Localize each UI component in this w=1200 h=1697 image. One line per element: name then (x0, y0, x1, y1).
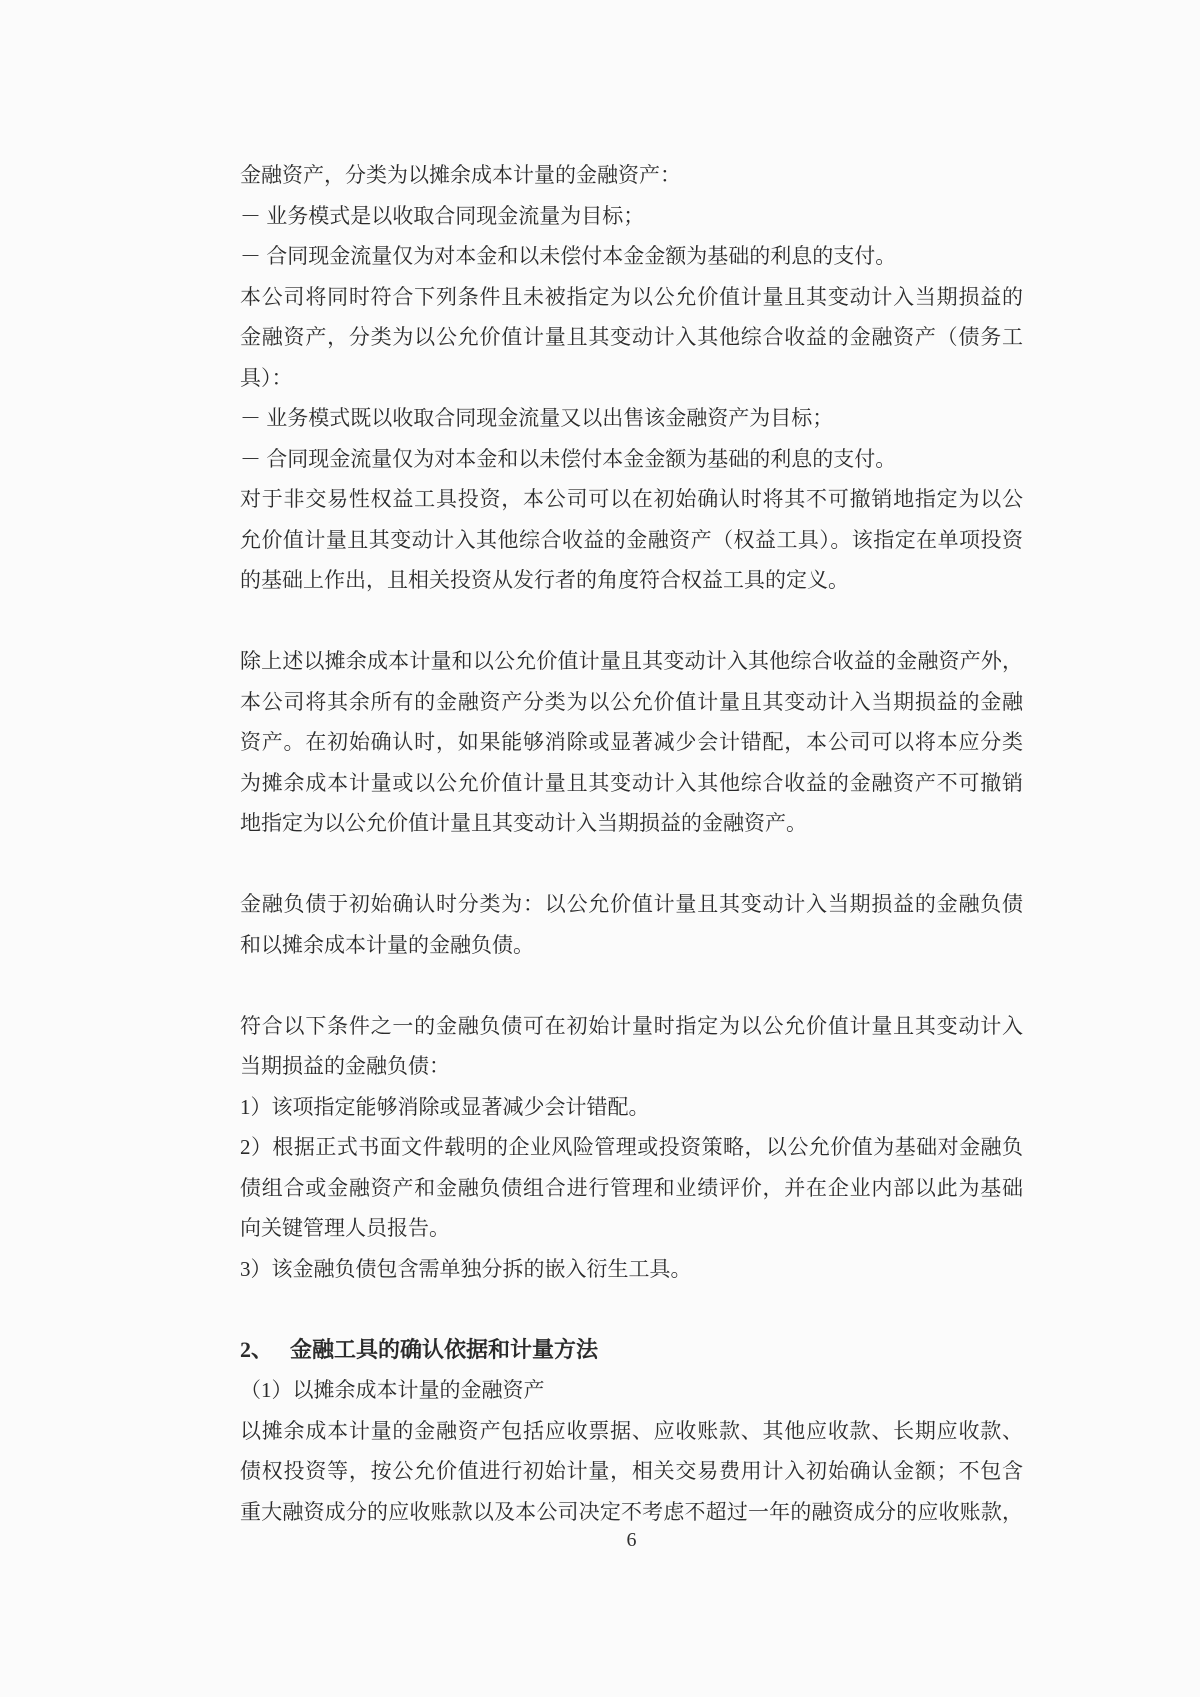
text-line: 向关键管理人员报告。 (240, 1208, 1023, 1249)
text-line: 具）： (240, 358, 1023, 399)
text-line: 金融负债于初始确认时分类为：以公允价值计量且其变动计入当期损益的金融负债 (240, 884, 1023, 925)
section-title: 金融工具的确认依据和计量方法 (290, 1337, 598, 1362)
text-line: 金融资产，分类为以摊余成本计量的金融资产： (240, 155, 1023, 196)
text-line: 债权投资等，按公允价值进行初始计量，相关交易费用计入初始确认金额；不包含 (240, 1451, 1023, 1492)
text-line: 本公司将同时符合下列条件且未被指定为以公允价值计量且其变动计入当期损益的 (240, 277, 1023, 318)
text-line: 以摊余成本计量的金融资产包括应收票据、应收账款、其他应收款、长期应收款、 (240, 1411, 1023, 1452)
text-line: 地指定为以公允价值计量且其变动计入当期损益的金融资产。 (240, 803, 1023, 844)
blank-line (240, 844, 1023, 885)
text-line: 1）该项指定能够消除或显著减少会计错配。 (240, 1087, 1023, 1128)
text-line: 资产。在初始确认时，如果能够消除或显著减少会计错配，本公司可以将本应分类 (240, 722, 1023, 763)
text-line: 对于非交易性权益工具投资，本公司可以在初始确认时将其不可撤销地指定为以公 (240, 479, 1023, 520)
text-line: 为摊余成本计量或以公允价值计量且其变动计入其他综合收益的金融资产不可撤销 (240, 763, 1023, 804)
text-line: 债组合或金融资产和金融负债组合进行管理和业绩评价，并在企业内部以此为基础 (240, 1168, 1023, 1209)
blank-line (240, 601, 1023, 642)
page-number: 6 (240, 1526, 1023, 1554)
text-line: 允价值计量且其变动计入其他综合收益的金融资产（权益工具）。该指定在单项投资 (240, 520, 1023, 561)
text-line: （1）以摊余成本计量的金融资产 (240, 1370, 1023, 1411)
document-page: 金融资产，分类为以摊余成本计量的金融资产：－ 业务模式是以收取合同现金流量为目标… (0, 0, 1200, 1697)
text-line: 符合以下条件之一的金融负债可在初始计量时指定为以公允价值计量且其变动计入 (240, 1006, 1023, 1047)
text-line: 2）根据正式书面文件载明的企业风险管理或投资策略，以公允价值为基础对金融负 (240, 1127, 1023, 1168)
text-line: 3）该金融负债包含需单独分拆的嵌入衍生工具。 (240, 1249, 1023, 1290)
document-lines: 金融资产，分类为以摊余成本计量的金融资产：－ 业务模式是以收取合同现金流量为目标… (240, 155, 1023, 1532)
text-line: － 合同现金流量仅为对本金和以未偿付本金金额为基础的利息的支付。 (240, 439, 1023, 480)
blank-line (240, 1289, 1023, 1330)
section-heading: 2、金融工具的确认依据和计量方法 (240, 1330, 1023, 1371)
text-line: － 业务模式是以收取合同现金流量为目标； (240, 196, 1023, 237)
section-number: 2、 (240, 1337, 273, 1362)
text-line: 当期损益的金融负债： (240, 1046, 1023, 1087)
text-line: 除上述以摊余成本计量和以公允价值计量且其变动计入其他综合收益的金融资产外， (240, 641, 1023, 682)
text-line: 的基础上作出，且相关投资从发行者的角度符合权益工具的定义。 (240, 560, 1023, 601)
text-line: 金融资产，分类为以公允价值计量且其变动计入其他综合收益的金融资产（债务工 (240, 317, 1023, 358)
blank-line (240, 965, 1023, 1006)
text-line: 本公司将其余所有的金融资产分类为以公允价值计量且其变动计入当期损益的金融 (240, 682, 1023, 723)
text-line: － 合同现金流量仅为对本金和以未偿付本金金额为基础的利息的支付。 (240, 236, 1023, 277)
text-line: － 业务模式既以收取合同现金流量又以出售该金融资产为目标； (240, 398, 1023, 439)
text-line: 和以摊余成本计量的金融负债。 (240, 925, 1023, 966)
